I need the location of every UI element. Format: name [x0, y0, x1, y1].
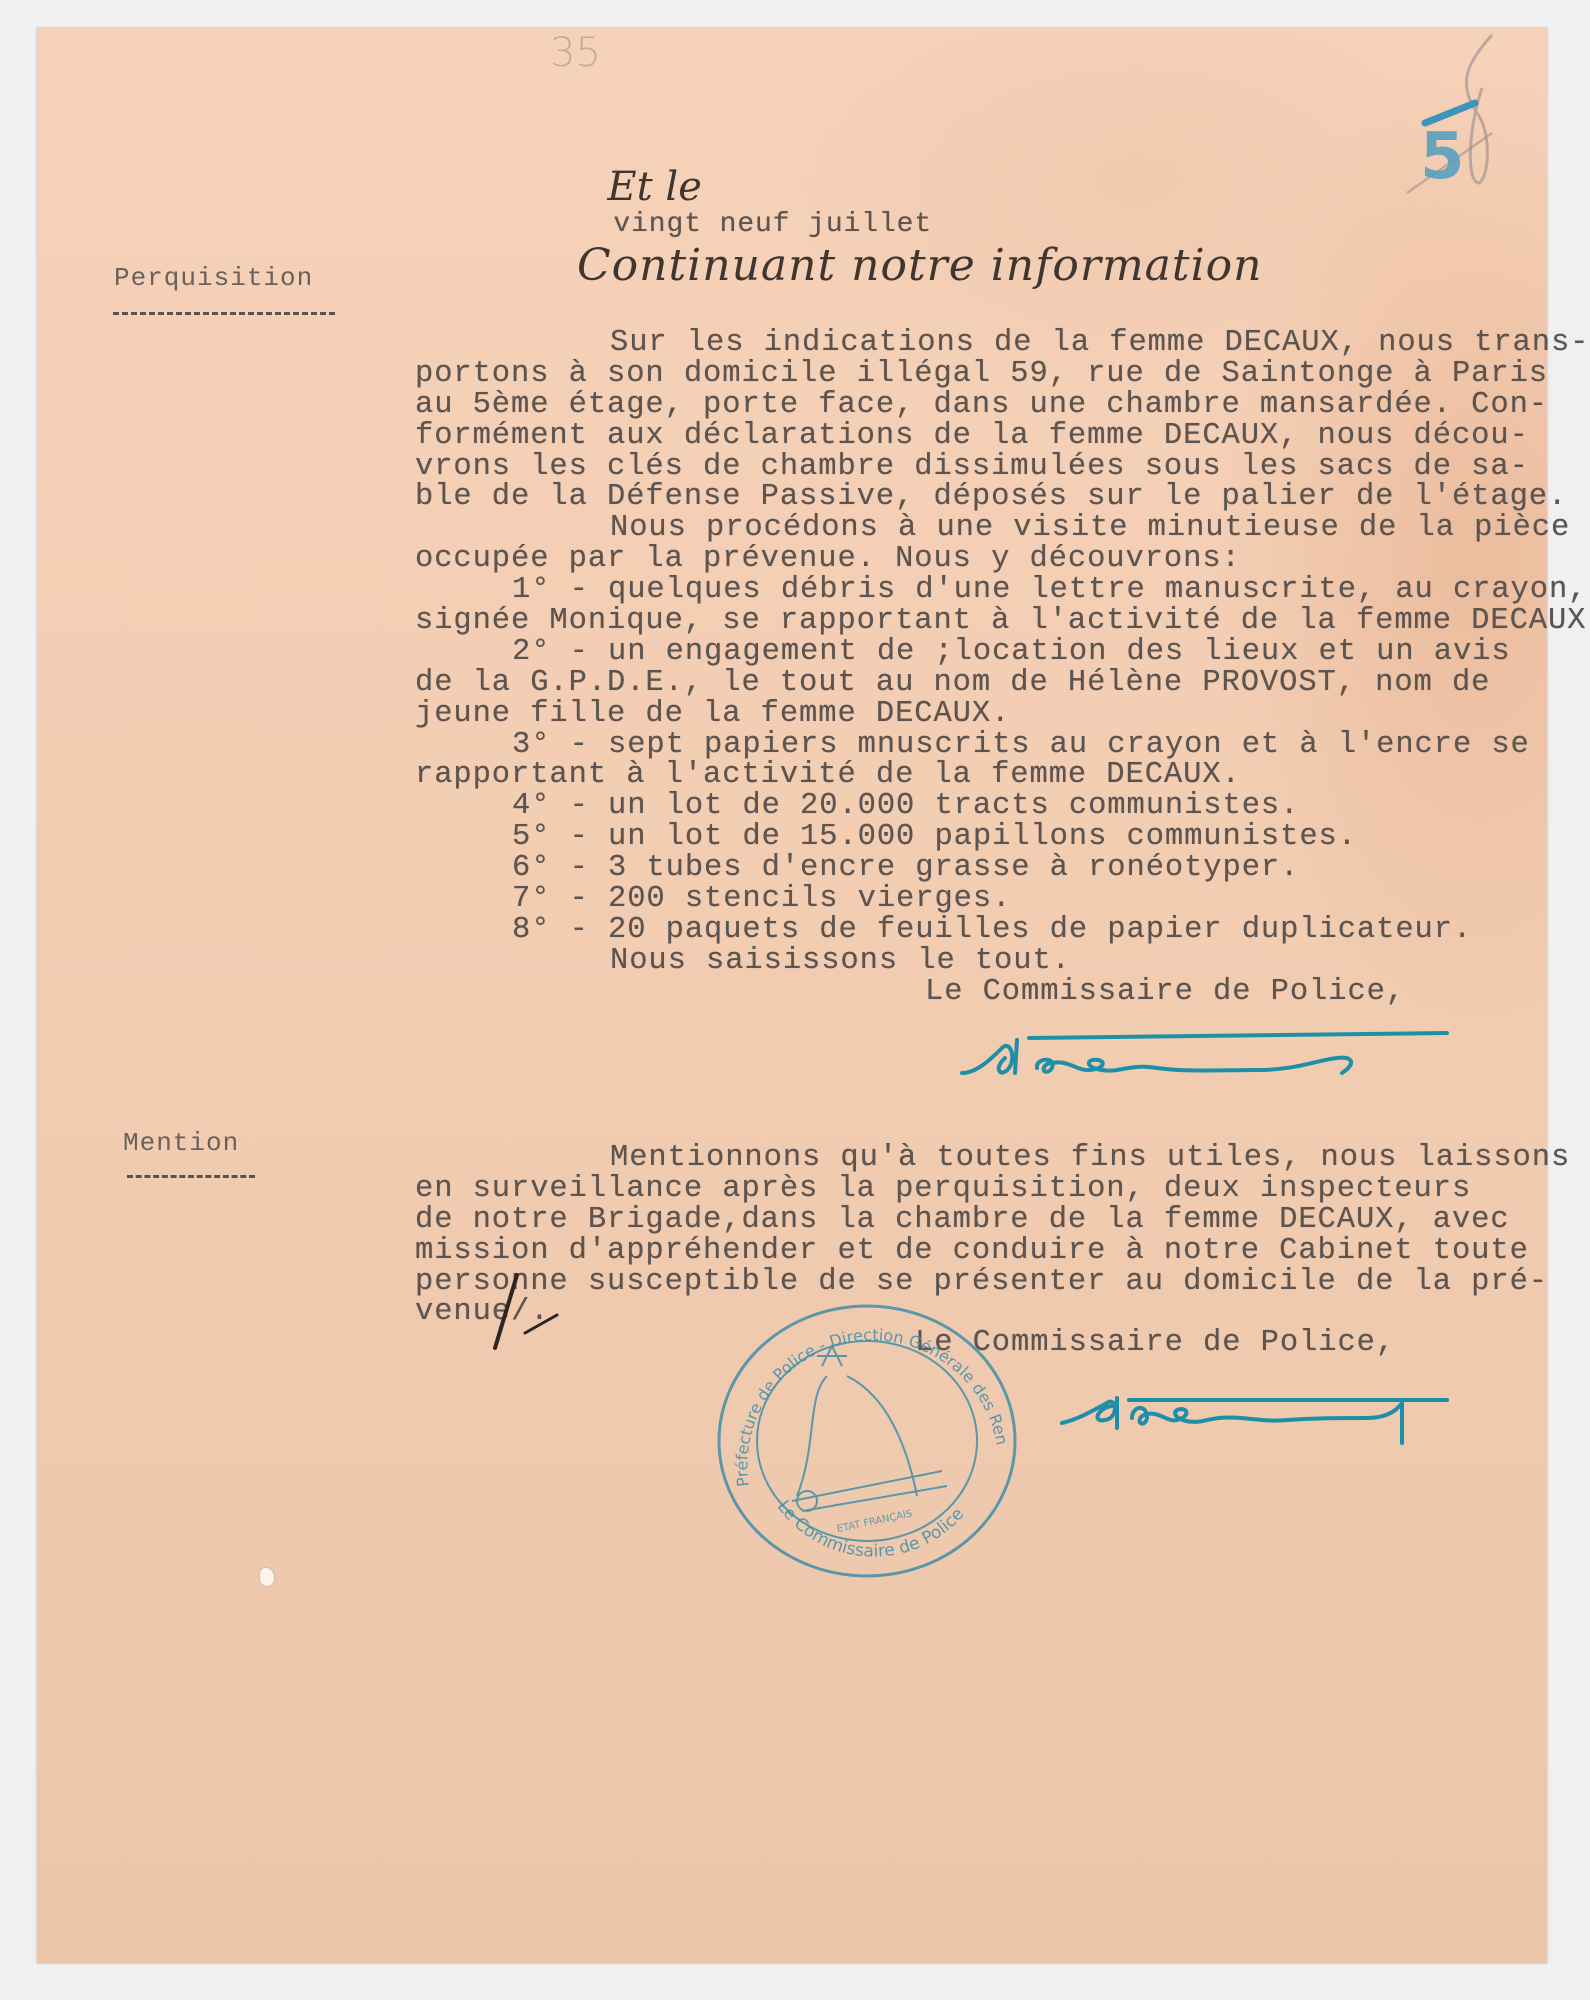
page-heading: Continuant notre information [577, 240, 1263, 291]
date-typed-text: vingt neuf juillet [613, 209, 932, 240]
body-line: ble de la Défense Passive, déposés sur l… [415, 482, 1586, 513]
body-line: en surveillance après la perquisition, d… [415, 1174, 1548, 1205]
body-line: jeune fille de la femme DECAUX. [415, 699, 1586, 730]
body-line: Nous procédons à une visite minutieuse d… [610, 513, 1590, 544]
signatory-title: Le Commissaire de Police, [925, 977, 1590, 1008]
body-line: au 5ème étage, porte face, dans une cham… [415, 390, 1586, 421]
list-item: 5° - un lot de 15.000 papillons communis… [512, 822, 1590, 853]
signature-1-icon [957, 1028, 1457, 1108]
body-line: Sur les indications de la femme DECAUX, … [610, 328, 1590, 359]
document-page: 35 5 Et le vingt neuf juillet Continuant… [37, 28, 1547, 1963]
body-line: vrons les clés de chambre dissimulées so… [415, 452, 1586, 483]
list-item: 2° - un engagement de ;location des lieu… [512, 637, 1590, 668]
body-line: signée Monique, se rapportant à l'activi… [415, 606, 1586, 637]
handwritten-end-mark-icon [487, 1273, 567, 1358]
body-line: portons à son domicile illégal 59, rue d… [415, 359, 1586, 390]
margin-rule-mention [127, 1175, 255, 1178]
list-item: 7° - 200 stencils vierges. [512, 884, 1590, 915]
svg-text:Le Commissaire de Police: Le Commissaire de Police [773, 1497, 968, 1562]
margin-label-perquisition: Perquisition [114, 263, 313, 293]
body-line: rapportant à l'activité de la femme DECA… [415, 760, 1586, 791]
date-script-prefix: Et le [607, 164, 701, 210]
blue-folio-number: 5 [1420, 120, 1465, 194]
body-line: formément aux déclarations de la femme D… [415, 421, 1586, 452]
signature-2-icon [1047, 1368, 1507, 1458]
pencil-folio-number: 35 [550, 30, 601, 76]
body-line: mission d'appréhender et de conduire à n… [415, 1236, 1548, 1267]
list-item: 8° - 20 paquets de feuilles de papier du… [512, 915, 1590, 946]
stamp-outer-text: Préfecture de Police - Direction Général… [707, 1296, 1012, 1488]
list-item: 1° - quelques débris d'une lettre manusc… [512, 575, 1590, 606]
body-line: de la G.P.D.E., le tout au nom de Hélène… [415, 668, 1586, 699]
svg-text:Préfecture de Police - Directi: Préfecture de Police - Direction Général… [707, 1296, 1012, 1488]
list-item: 6° - 3 tubes d'encre grasse à ronéotyper… [512, 853, 1590, 884]
body-line: Nous saisissons le tout. [610, 946, 1590, 977]
list-item: 3° - sept papiers mnuscrits au crayon et… [512, 730, 1590, 761]
paper-tear-hole [260, 1568, 274, 1586]
body-line: de notre Brigade,dans la chambre de la f… [415, 1205, 1548, 1236]
section-perquisition-body: Sur les indications de la femme DECAUX, … [415, 328, 1586, 1008]
body-line: personne susceptible de se présenter au … [415, 1267, 1548, 1298]
stamp-inner-text: ETAT FRANÇAIS [836, 1508, 913, 1535]
stamp-bottom-text: Le Commissaire de Police [773, 1497, 968, 1562]
police-stamp-icon: Préfecture de Police - Direction Général… [707, 1296, 1027, 1586]
body-line: occupée par la prévenue. Nous y découvro… [415, 544, 1586, 575]
list-item: 4° - un lot de 20.000 tracts communistes… [512, 791, 1590, 822]
body-line: Mentionnons qu'à toutes fins utiles, nou… [610, 1143, 1590, 1174]
margin-rule-perquisition [113, 312, 335, 315]
margin-label-mention: Mention [123, 1128, 239, 1158]
